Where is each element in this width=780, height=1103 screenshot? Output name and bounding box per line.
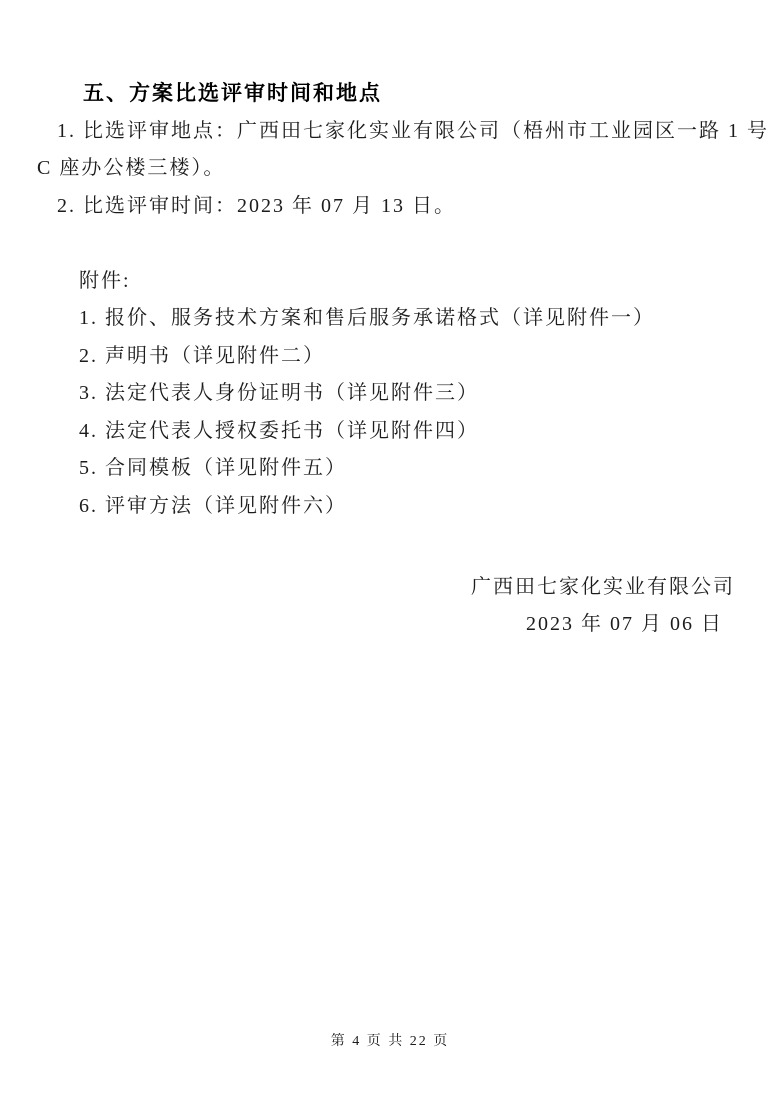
signature-company-name: 广西田七家化实业有限公司 — [37, 569, 740, 607]
signature-date: 2023 年 07 月 06 日 — [37, 606, 740, 644]
document-body: 五、方案比选评审时间和地点 1. 比选评审地点：广西田七家化实业有限公司（梧州市… — [37, 75, 740, 644]
document-page: 五、方案比选评审时间和地点 1. 比选评审地点：广西田七家化实业有限公司（梧州市… — [0, 0, 780, 1103]
blank-line — [37, 225, 740, 263]
review-location-line1: 1. 比选评审地点：广西田七家化实业有限公司（梧州市工业园区一路 1 号 — [37, 113, 740, 151]
attachment-item-3: 3. 法定代表人身份证明书（详见附件三） — [37, 375, 740, 413]
attachment-item-1: 1. 报价、服务技术方案和售后服务承诺格式（详见附件一） — [37, 300, 740, 338]
review-time-line: 2. 比选评审时间：2023 年 07 月 13 日。 — [37, 188, 740, 226]
attachments-label: 附件: — [37, 263, 740, 301]
page-number-footer: 第 4 页 共 22 页 — [0, 1032, 780, 1052]
attachment-item-5: 5. 合同模板（详见附件五） — [37, 450, 740, 488]
review-location-line2: C 座办公楼三楼）。 — [37, 150, 740, 188]
attachment-item-6: 6. 评审方法（详见附件六） — [37, 488, 740, 526]
blank-line — [37, 525, 740, 569]
attachment-item-4: 4. 法定代表人授权委托书（详见附件四） — [37, 413, 740, 451]
attachment-item-2: 2. 声明书（详见附件二） — [37, 338, 740, 376]
section-heading: 五、方案比选评审时间和地点 — [37, 75, 740, 113]
